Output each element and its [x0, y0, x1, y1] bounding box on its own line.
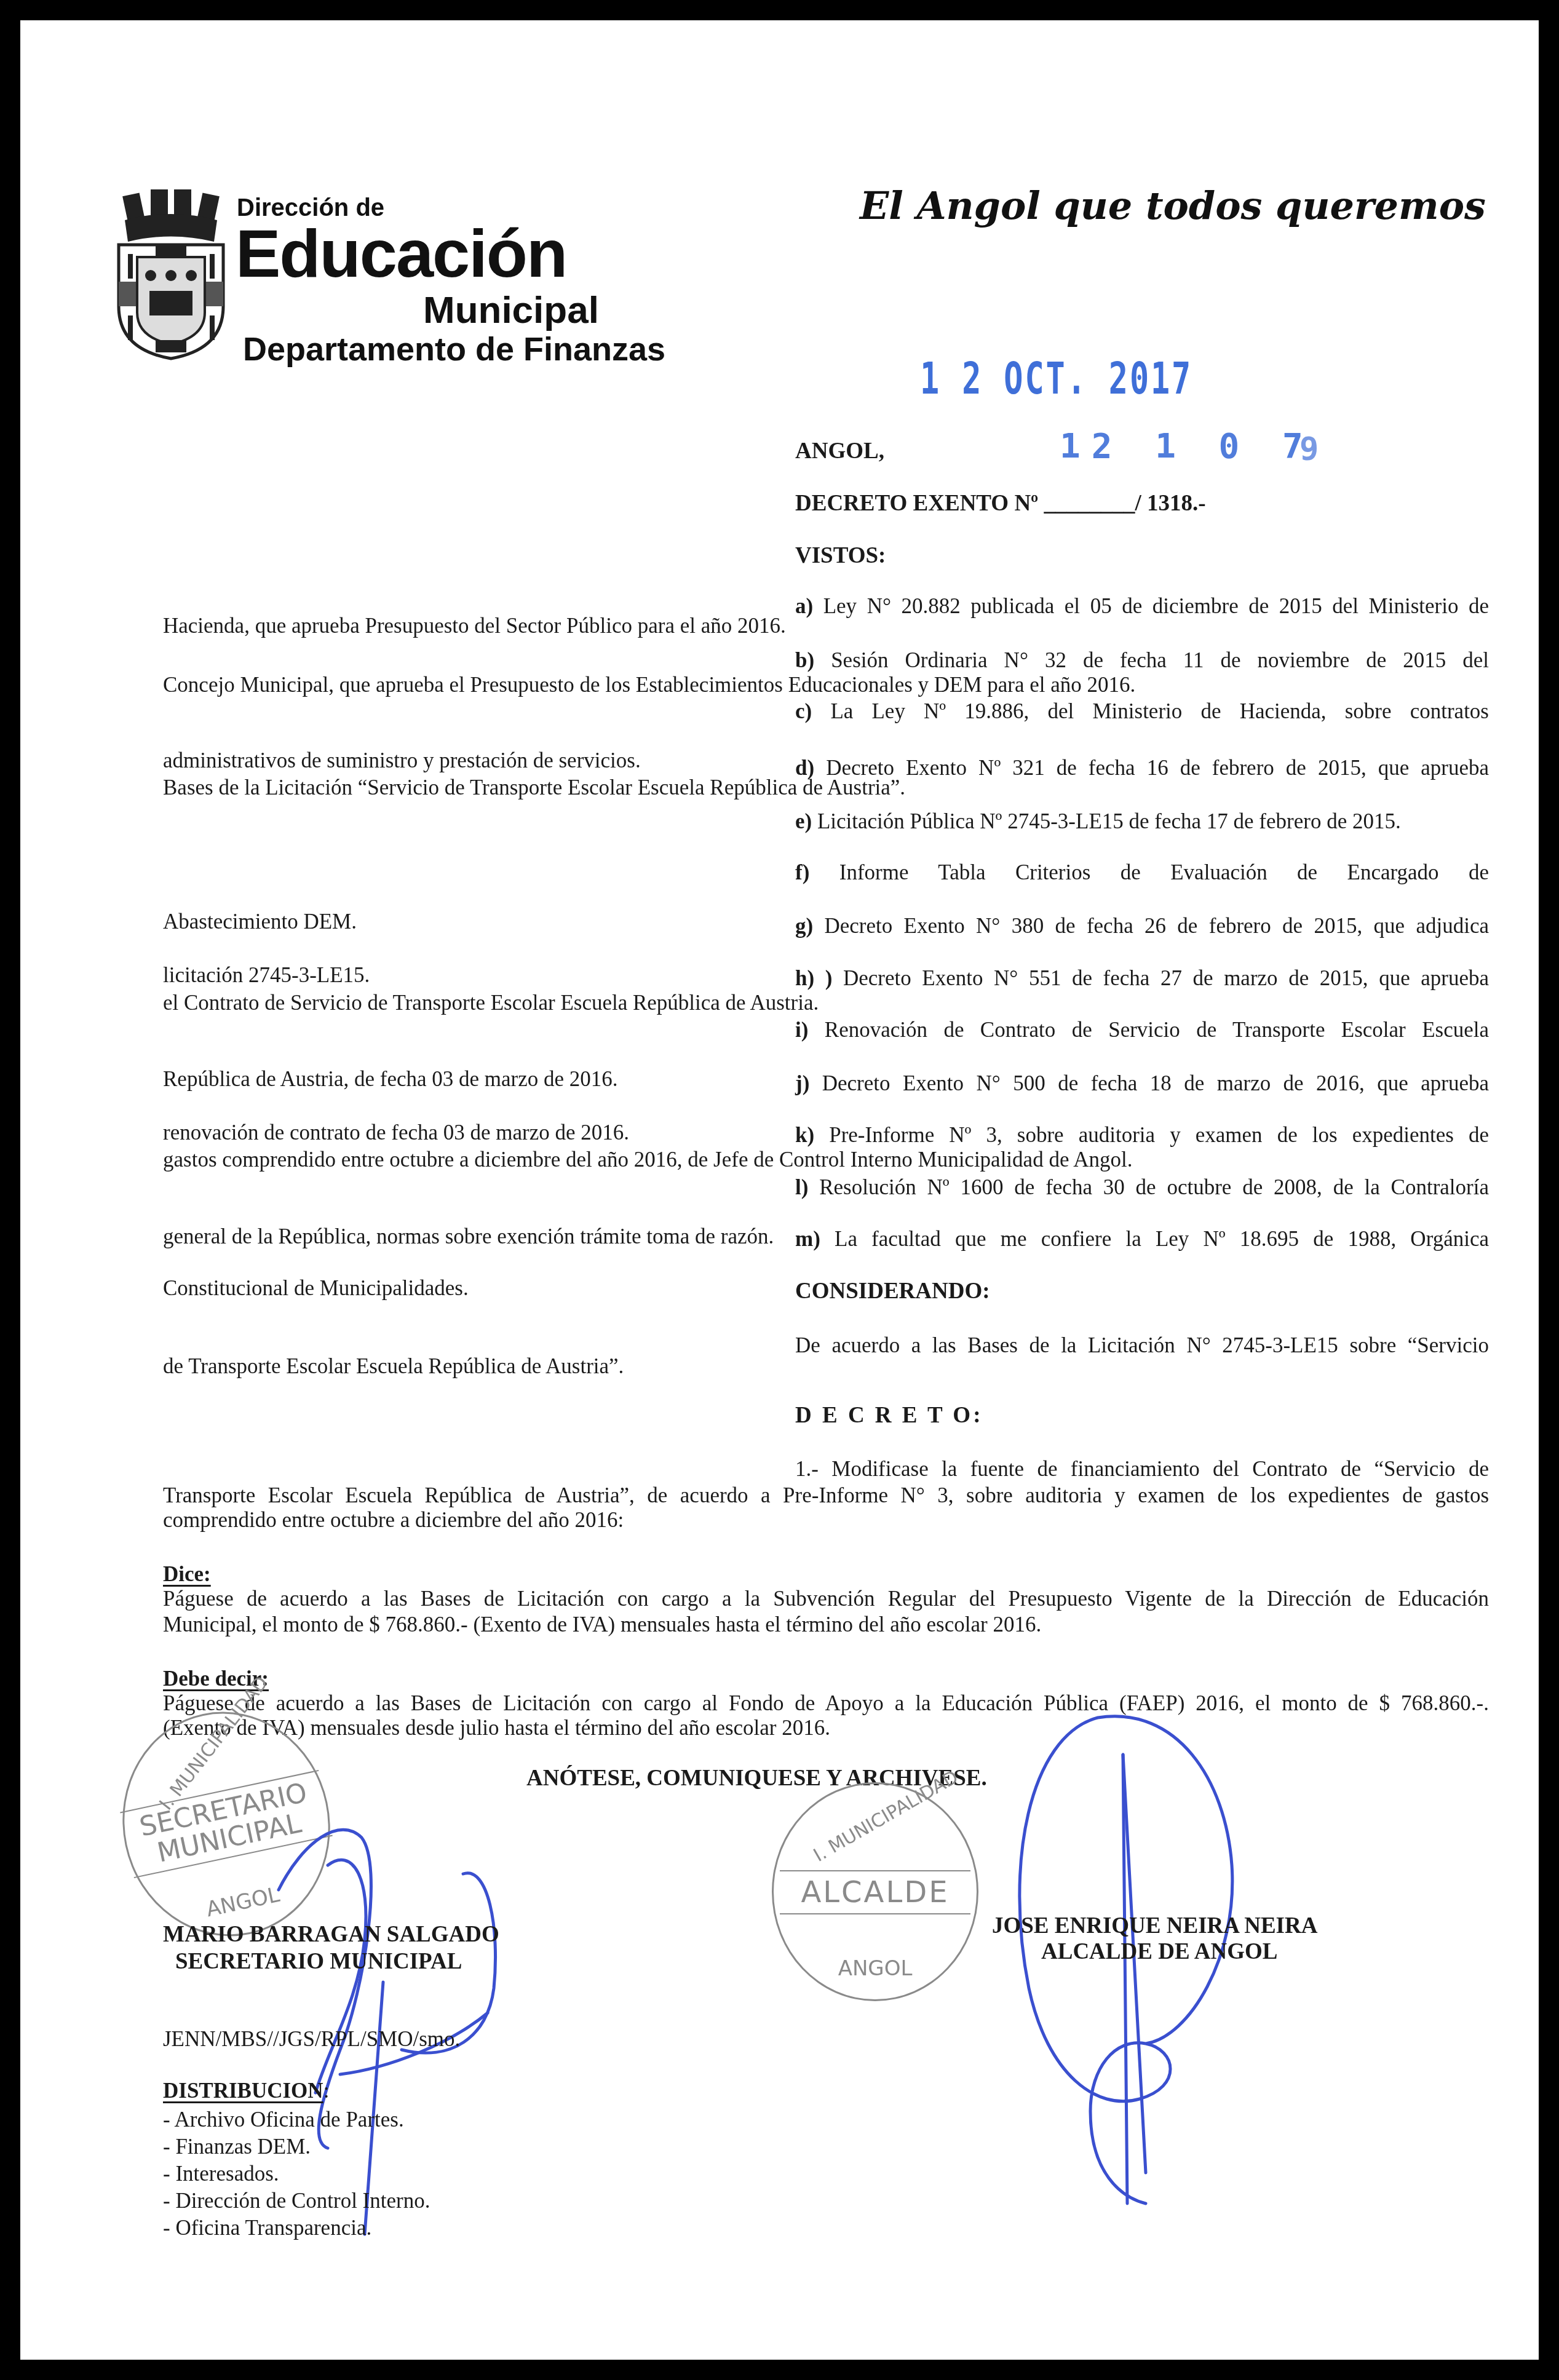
- distribution-item: - Archivo Oficina de Partes.: [163, 2106, 430, 2133]
- distribution-item: - Interesados.: [163, 2160, 430, 2188]
- distribution-heading-label: DISTRIBUCION: [163, 2079, 323, 2103]
- distribution-item: - Dirección de Control Interno.: [163, 2188, 430, 2215]
- document-page: Dirección de Educación Municipal Departa…: [20, 20, 1539, 2360]
- secretary-title: SECRETARIO MUNICIPAL: [175, 1949, 462, 1975]
- distribution-heading: DISTRIBUCION:: [163, 2078, 329, 2104]
- secretary-name: MARIO BARRAGAN SALGADO: [163, 1922, 499, 1948]
- signature-strokes: [20, 20, 1539, 2360]
- distribution-item: - Oficina Transparencia.: [163, 2215, 430, 2242]
- mayor-name: JOSE ENRIQUE NEIRA NEIRA: [992, 1913, 1317, 1939]
- distribution-list: - Archivo Oficina de Partes. - Finanzas …: [163, 2106, 430, 2242]
- initials-line: JENN/MBS//JGS/RPL/SMO/smo.: [163, 2026, 460, 2052]
- distribution-item: - Finanzas DEM.: [163, 2133, 430, 2160]
- mayor-title: ALCALDE DE ANGOL: [1041, 1939, 1277, 1965]
